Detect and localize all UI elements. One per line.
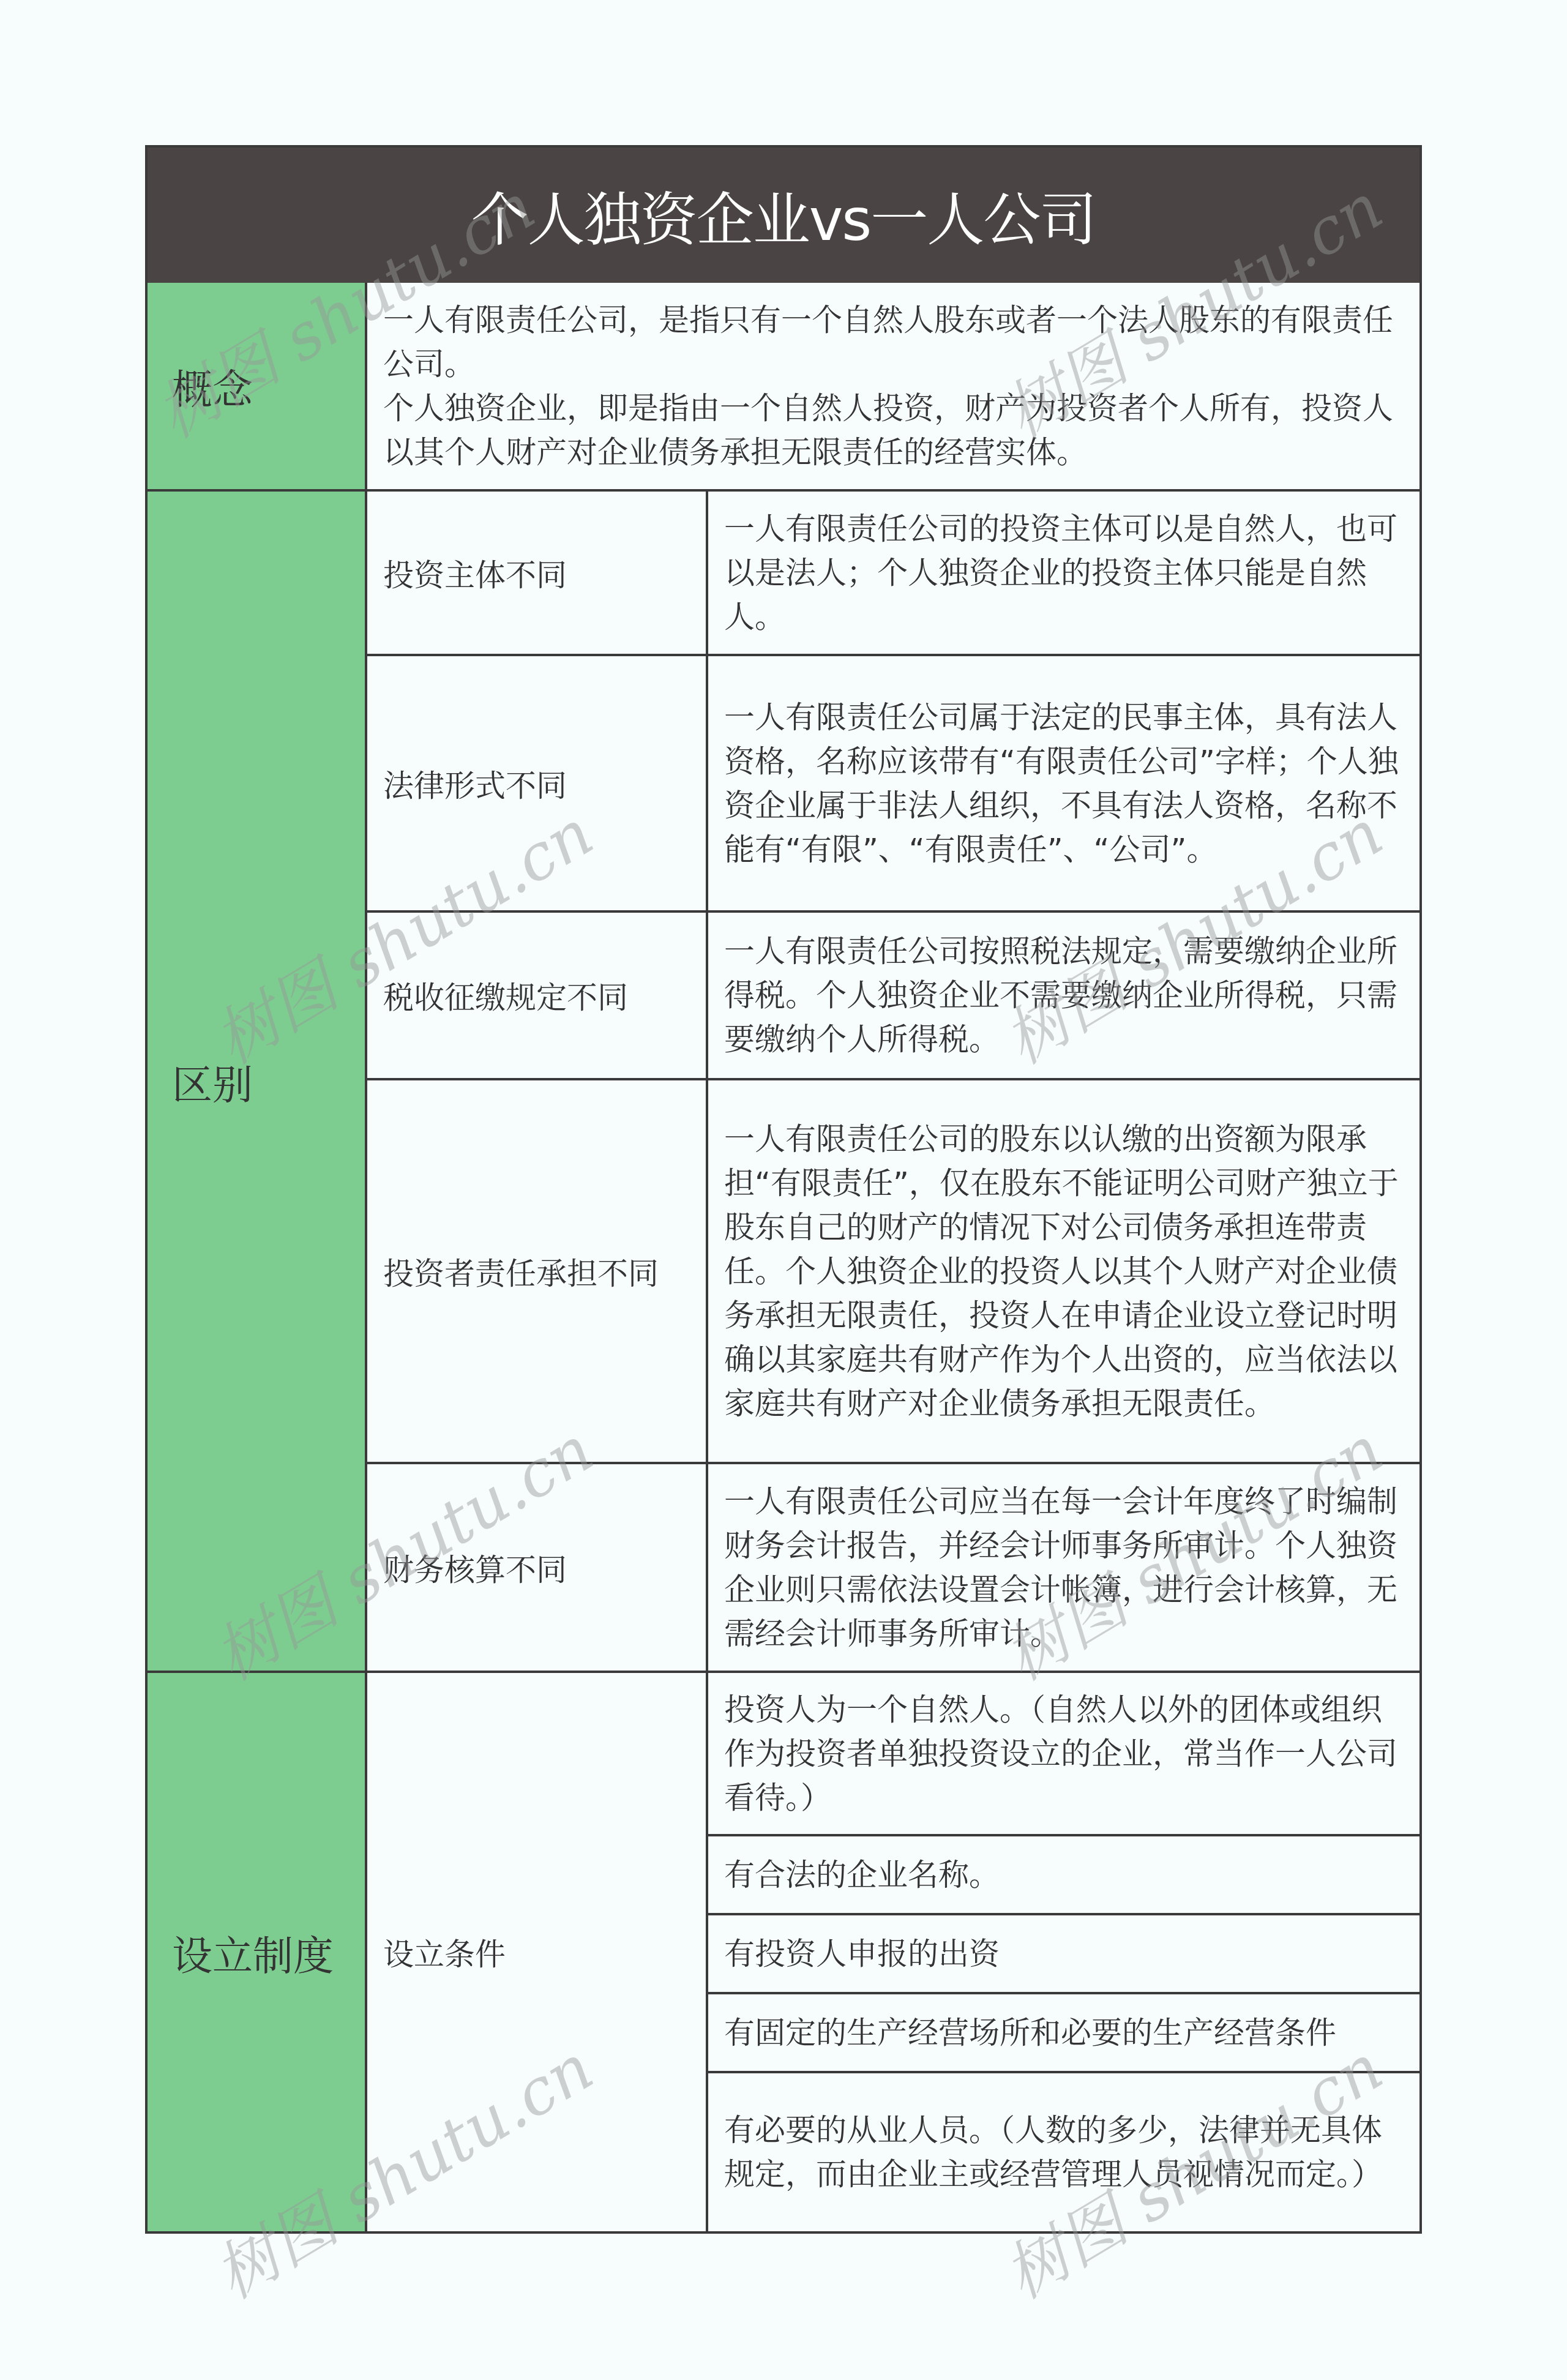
difference-aspect: 投资主体不同 bbox=[367, 492, 708, 656]
title-text: 个人独资企业vs一人公司 bbox=[471, 174, 1096, 256]
label-concept-text: 概念 bbox=[172, 357, 253, 415]
aspect-text: 税收征缴规定不同 bbox=[383, 973, 628, 1017]
difference-detail: 一人有限责任公司属于法定的民事主体，具有法人资格，名称应该带有“有限责任公司”字… bbox=[708, 656, 1419, 913]
label-concept: 概念 bbox=[148, 283, 367, 492]
condition-text: 有投资人申报的出资 bbox=[724, 1932, 1000, 1976]
condition-text: 有合法的企业名称。 bbox=[724, 1853, 1000, 1897]
difference-detail: 一人有限责任公司的股东以认缴的出资额为限承担“有限责任”，仅在股东不能证明公司财… bbox=[708, 1080, 1419, 1464]
difference-aspect: 财务核算不同 bbox=[367, 1464, 708, 1673]
difference-detail: 一人有限责任公司应当在每一会计年度终了时编制财务会计报告，并经会计师事务所审计。… bbox=[708, 1464, 1419, 1673]
aspect-text: 财务核算不同 bbox=[383, 1546, 567, 1590]
condition-text: 投资人为一个自然人。（自然人以外的团体或组织作为投资者单独投资设立的企业，常当作… bbox=[724, 1688, 1407, 1820]
condition-item: 有合法的企业名称。 bbox=[708, 1836, 1419, 1915]
difference-detail: 一人有限责任公司按照税法规定，需要缴纳企业所得税。个人独资企业不需要缴纳企业所得… bbox=[708, 913, 1419, 1080]
condition-item: 有投资人申报的出资 bbox=[708, 1915, 1419, 1994]
difference-aspect: 投资者责任承担不同 bbox=[367, 1080, 708, 1464]
detail-text: 一人有限责任公司的投资主体可以是自然人，也可以是法人；个人独资企业的投资主体只能… bbox=[724, 507, 1407, 639]
aspect-text: 投资主体不同 bbox=[383, 551, 567, 595]
label-difference: 区别 bbox=[148, 492, 367, 1673]
detail-text: 一人有限责任公司的股东以认缴的出资额为限承担“有限责任”，仅在股东不能证明公司财… bbox=[724, 1117, 1407, 1426]
establishment-conditions-label: 设立条件 bbox=[367, 1673, 708, 2231]
concept-line: 个人独资企业，即是指由一个自然人投资，财产为投资者个人所有，投资人以其个人财产对… bbox=[383, 386, 1407, 474]
table-title: 个人独资企业vs一人公司 bbox=[148, 148, 1419, 283]
difference-aspect: 法律形式不同 bbox=[367, 656, 708, 913]
detail-text: 一人有限责任公司按照税法规定，需要缴纳企业所得税。个人独资企业不需要缴纳企业所得… bbox=[724, 929, 1407, 1061]
detail-text: 一人有限责任公司应当在每一会计年度终了时编制财务会计报告，并经会计师事务所审计。… bbox=[724, 1480, 1407, 1656]
detail-text: 一人有限责任公司属于法定的民事主体，具有法人资格，名称应该带有“有限责任公司”字… bbox=[724, 695, 1407, 872]
label-difference-text: 区别 bbox=[172, 1052, 253, 1110]
concept-line: 一人有限责任公司，是指只有一个自然人股东或者一个法人股东的有限责任公司。 bbox=[383, 298, 1407, 386]
label-establishment-text: 设立制度 bbox=[172, 1923, 334, 1981]
condition-item: 投资人为一个自然人。（自然人以外的团体或组织作为投资者单独投资设立的企业，常当作… bbox=[708, 1673, 1419, 1836]
difference-aspect: 税收征缴规定不同 bbox=[367, 913, 708, 1080]
aspect-text: 投资者责任承担不同 bbox=[383, 1249, 659, 1293]
difference-detail: 一人有限责任公司的投资主体可以是自然人，也可以是法人；个人独资企业的投资主体只能… bbox=[708, 492, 1419, 656]
label-establishment: 设立制度 bbox=[148, 1673, 367, 2231]
condition-item: 有固定的生产经营场所和必要的生产经营条件 bbox=[708, 1994, 1419, 2073]
condition-text: 有固定的生产经营场所和必要的生产经营条件 bbox=[724, 2011, 1336, 2055]
condition-text: 有必要的从业人员。（人数的多少，法律并无具体规定，而由企业主或经营管理人员视情况… bbox=[724, 2108, 1407, 2196]
condition-item: 有必要的从业人员。（人数的多少，法律并无具体规定，而由企业主或经营管理人员视情况… bbox=[708, 2073, 1419, 2231]
comparison-table: 个人独资企业vs一人公司 概念 一人有限责任公司，是指只有一个自然人股东或者一个… bbox=[145, 145, 1422, 2234]
concept-content: 一人有限责任公司，是指只有一个自然人股东或者一个法人股东的有限责任公司。 个人独… bbox=[367, 283, 1419, 492]
sub-label-text: 设立条件 bbox=[383, 1930, 506, 1974]
aspect-text: 法律形式不同 bbox=[383, 762, 567, 806]
